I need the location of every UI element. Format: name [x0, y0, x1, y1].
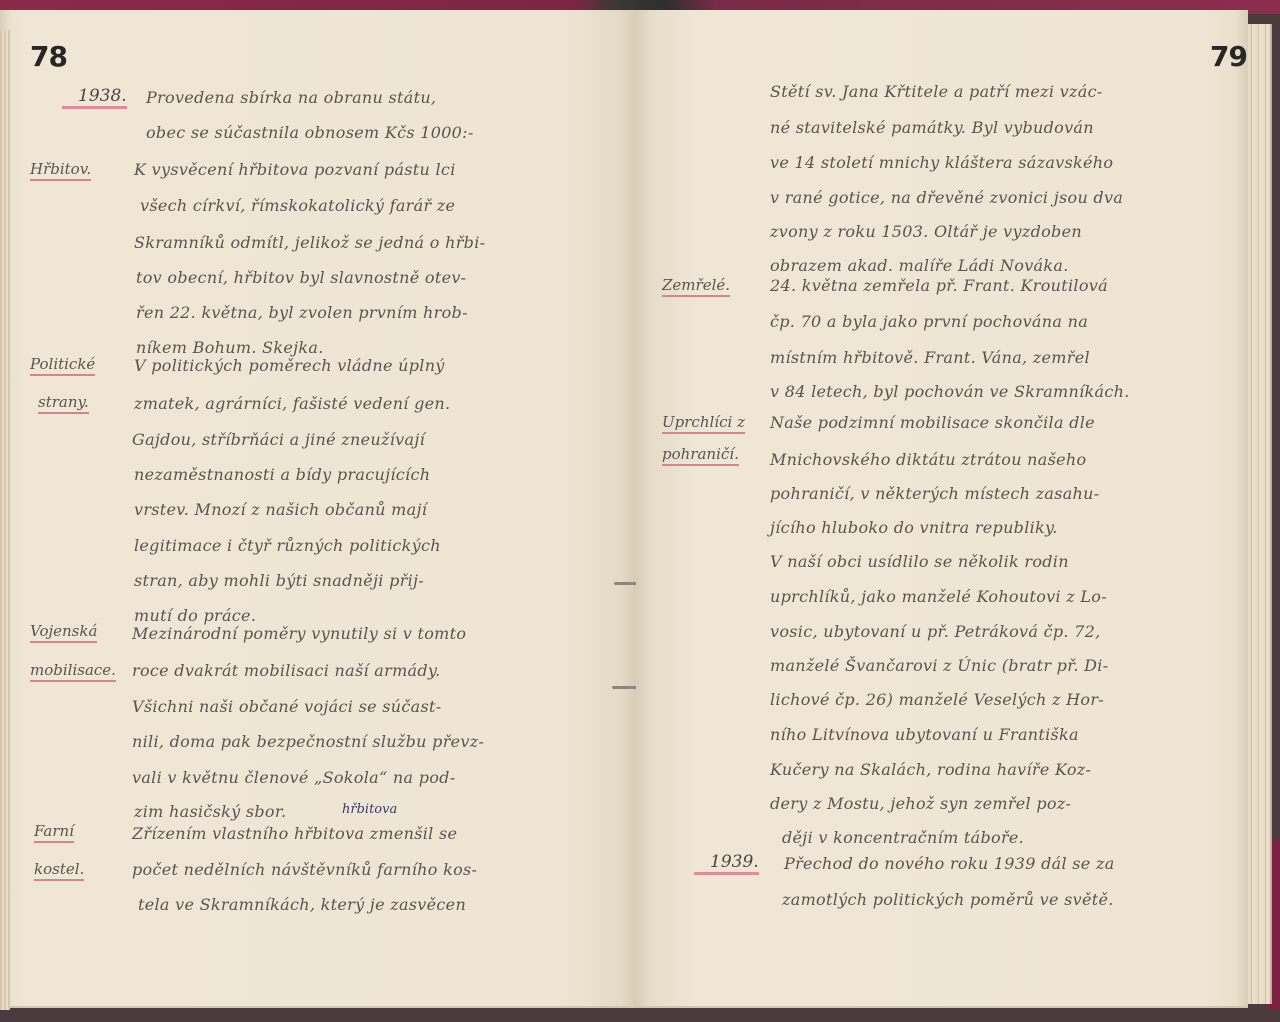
- text-line: Mezinárodní poměry vynutily si v tomto: [132, 624, 466, 643]
- margin-note-strany: strany.: [38, 393, 89, 414]
- text-line: Gajdou, stříbrňáci a jiné zneužívají: [132, 430, 425, 449]
- text-line: zmatek, agrárníci, fašisté vedení gen.: [134, 394, 450, 413]
- text-line: Kučery na Skalách, rodina havíře Koz-: [770, 760, 1091, 779]
- text-line: Naše podzimní mobilisace skončila dle: [770, 413, 1095, 432]
- text-line: V politických poměrech vládne úplný: [134, 356, 445, 375]
- text-line: vosic, ubytovaní u př. Petráková čp. 72,: [770, 622, 1101, 641]
- left-page: 78 1938. Hřbitov. Politické strany. Voje…: [0, 10, 636, 1008]
- text-line: tela ve Skramníkách, který je zasvěcen: [138, 895, 466, 914]
- text-line: V naší obci usídlilo se několik rodin: [770, 552, 1069, 571]
- right-page: 79 Zemřelé. Uprchlíci z pohraničí. Stětí…: [636, 10, 1248, 1008]
- text-line: ve 14 století mnichy kláštera sázavského: [770, 153, 1113, 172]
- text-line: Stětí sv. Jana Křtitele a patří mezi vzá…: [770, 82, 1103, 101]
- text-line: Přechod do nového roku 1939 dál se za: [784, 854, 1115, 873]
- text-line: v 84 letech, byl pochován ve Skramníkách…: [770, 382, 1130, 401]
- text-line: tov obecní, hřbitov byl slavnostně otev-: [136, 268, 466, 287]
- text-line: manželé Švančarovi z Únic (bratr př. Di-: [770, 656, 1108, 675]
- correction-insertion: hřbitova: [342, 802, 397, 817]
- text-line: ního Litvínova ubytovaní u Františka: [770, 725, 1079, 744]
- text-line: počet nedělních návštěvníků farního kos-: [132, 860, 477, 879]
- text-line: Mnichovského diktátu ztrátou našeho: [770, 450, 1086, 469]
- text-line: zamotlých politických poměrů ve světě.: [782, 890, 1114, 909]
- text-line: né stavitelské památky. Byl vybudován: [770, 118, 1094, 137]
- text-line: 24. května zemřela př. Frant. Kroutilová: [770, 276, 1108, 295]
- margin-note-hrbitov: Hřbitov.: [30, 160, 91, 181]
- margin-note-uprchlici: Uprchlíci z: [662, 413, 745, 434]
- text-line: čp. 70 a byla jako první pochována na: [770, 312, 1088, 331]
- text-line: Všichni naši občané vojáci se súčast-: [132, 697, 441, 716]
- margin-note-politicke: Politické: [30, 355, 95, 376]
- text-line: řen 22. května, byl zvolen prvním hrob-: [136, 303, 468, 322]
- text-line: v rané gotice, na dřevěné zvonici jsou d…: [770, 188, 1123, 207]
- text-line: dery z Mostu, jehož syn zemřel poz-: [770, 794, 1071, 813]
- text-line: Provedena sbírka na obranu státu,: [146, 88, 436, 107]
- page-edges-left: [0, 30, 10, 1010]
- text-line: vali v květnu členové „Sokola“ na pod-: [132, 768, 455, 787]
- text-line: K vysvěcení hřbitova pozvaní pástu lci: [134, 160, 456, 179]
- text-line: všech církví, římskokatolický farář ze: [140, 196, 455, 215]
- page-edges-right: [1248, 24, 1272, 1004]
- margin-note-vojenska: Vojenská: [30, 622, 97, 643]
- text-line: Skramníků odmítl, jelikož se jedná o hřb…: [134, 233, 485, 252]
- text-line: ději v koncentračním táboře.: [782, 828, 1024, 847]
- margin-note-pohranici: pohraničí.: [662, 445, 739, 466]
- year-entry-1938: 1938.: [62, 86, 127, 109]
- text-line: roce dvakrát mobilisaci naší armády.: [132, 661, 441, 680]
- text-line: místním hřbitově. Frant. Vána, zemřel: [770, 348, 1090, 367]
- margin-note-farni: Farní: [34, 822, 74, 843]
- margin-note-mobilisace: mobilisace.: [30, 661, 116, 682]
- text-line: nezaměstnanosti a bídy pracujících: [134, 465, 430, 484]
- text-line: lichové čp. 26) manželé Veselých z Hor-: [770, 690, 1104, 709]
- year-entry-1939: 1939.: [694, 852, 759, 875]
- text-line: zim hasičský sbor.: [134, 802, 286, 821]
- text-line: mutí do práce.: [134, 606, 256, 625]
- text-line: legitimace i čtyř různých politických: [134, 536, 441, 555]
- margin-note-zemrele: Zemřelé.: [662, 276, 730, 297]
- text-line: vrstev. Mnozí z našich občanů mají: [134, 500, 427, 519]
- text-line: jícího hluboko do vnitra republiky.: [770, 518, 1058, 537]
- page-number-right: 79: [1210, 40, 1247, 73]
- text-line: nili, doma pak bezpečnostní službu převz…: [132, 732, 484, 751]
- text-line: zvony z roku 1503. Oltář je vyzdoben: [770, 222, 1082, 241]
- margin-note-kostel: kostel.: [34, 860, 84, 881]
- page-number-left: 78: [30, 40, 67, 73]
- text-line: stran, aby mohli býti snadněji přij-: [134, 571, 424, 590]
- text-line: uprchlíků, jako manželé Kohoutovi z Lo-: [770, 587, 1107, 606]
- text-line: Zřízením vlastního hřbitova zmenšil se: [132, 824, 457, 843]
- text-line: obrazem akad. malíře Ládi Nováka.: [770, 256, 1069, 275]
- text-line: pohraničí, v některých místech zasahu-: [770, 484, 1099, 503]
- text-line: obec se súčastnila obnosem Kčs 1000:-: [146, 123, 474, 142]
- text-line: níkem Bohum. Skejka.: [136, 338, 324, 357]
